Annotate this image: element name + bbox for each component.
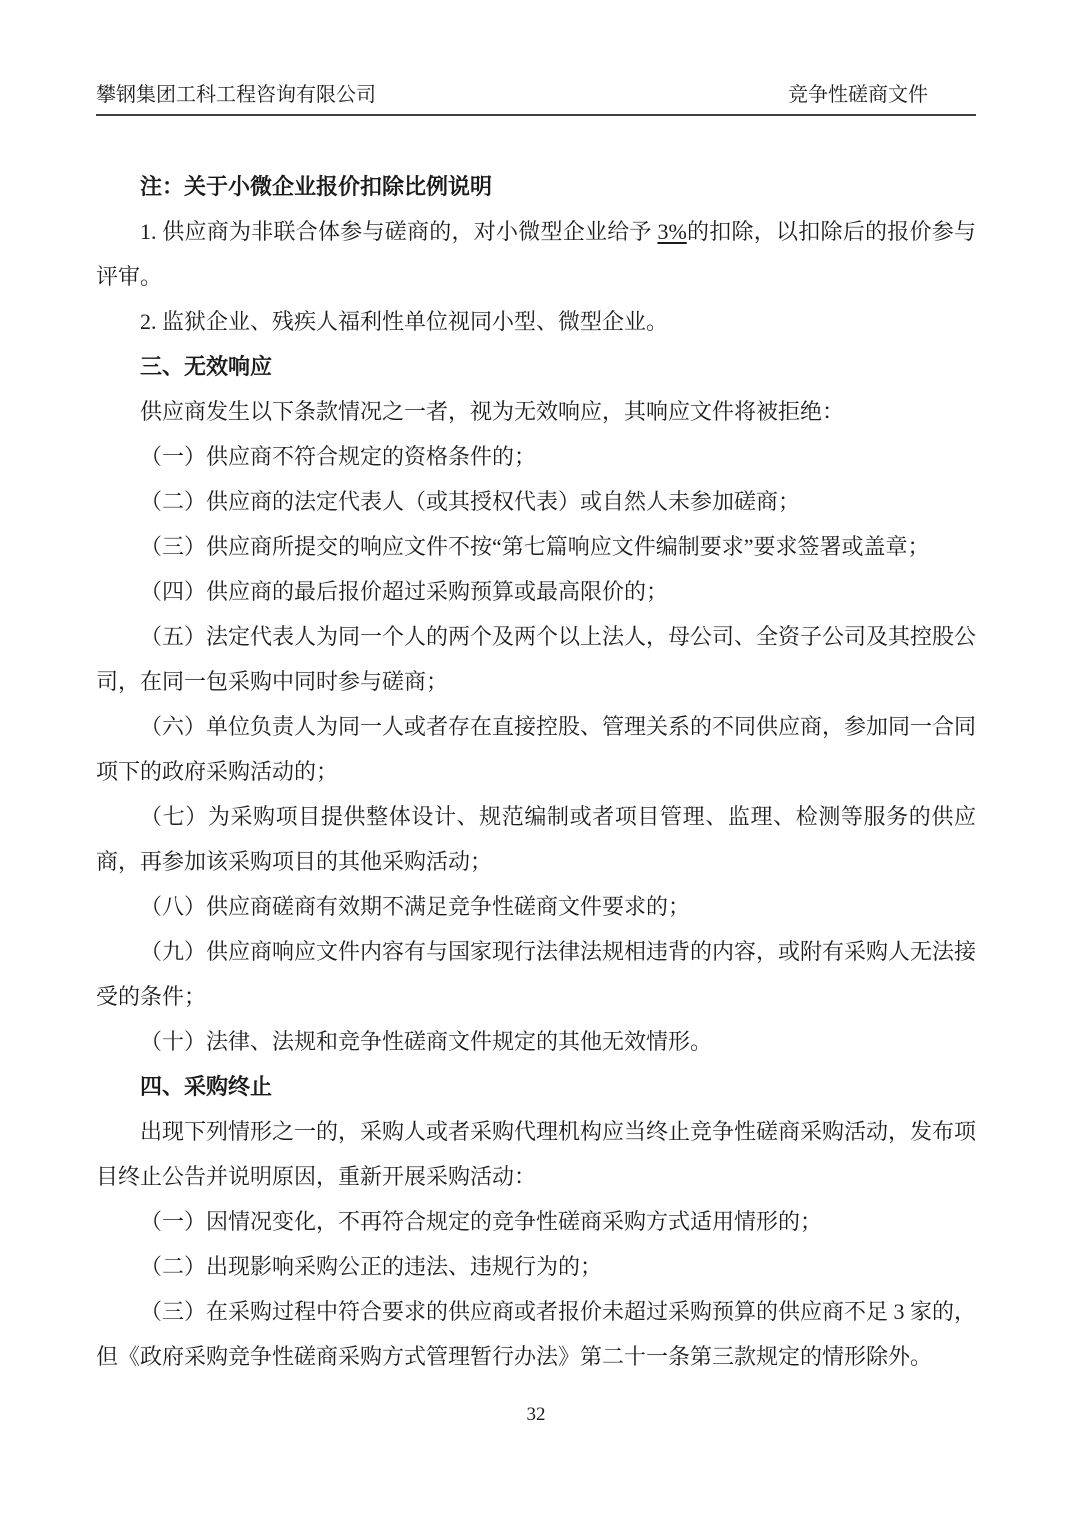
section3-item-1: （一）供应商不符合规定的资格条件的； — [96, 434, 976, 479]
section3-intro: 供应商发生以下条款情况之一者，视为无效响应，其响应文件将被拒绝： — [96, 389, 976, 434]
note-item-1: 1. 供应商为非联合体参与磋商的，对小微型企业给予 3%的扣除，以扣除后的报价参… — [96, 209, 976, 299]
note-item-1-text-before: 1. 供应商为非联合体参与磋商的，对小微型企业给予 — [140, 219, 657, 244]
section3-item-10: （十）法律、法规和竞争性磋商文件规定的其他无效情形。 — [96, 1019, 976, 1064]
document-body: 注：关于小微企业报价扣除比例说明 1. 供应商为非联合体参与磋商的，对小微型企业… — [96, 164, 976, 1379]
section4-item-2: （二）出现影响采购公正的违法、违规行为的； — [96, 1244, 976, 1289]
section3-item-7: （七）为采购项目提供整体设计、规范编制或者项目管理、监理、检测等服务的供应商，再… — [96, 794, 976, 884]
section3-item-3: （三）供应商所提交的响应文件不按“第七篇响应文件编制要求”要求签署或盖章； — [96, 524, 976, 569]
section3-item-8: （八）供应商磋商有效期不满足竞争性磋商文件要求的； — [96, 884, 976, 929]
page-number: 32 — [527, 1404, 546, 1425]
section3-item-9: （九）供应商响应文件内容有与国家现行法律法规相违背的内容，或附有采购人无法接受的… — [96, 929, 976, 1019]
header-doc-type: 竞争性磋商文件 — [788, 82, 976, 108]
section3-heading: 三、无效响应 — [96, 344, 976, 389]
section4-heading: 四、采购终止 — [96, 1064, 976, 1109]
note-item-2: 2. 监狱企业、残疾人福利性单位视同小型、微型企业。 — [96, 299, 976, 344]
section4-item-3: （三）在采购过程中符合要求的供应商或者报价未超过采购预算的供应商不足 3 家的，… — [96, 1289, 976, 1379]
header-company-name: 攀钢集团工科工程咨询有限公司 — [96, 82, 376, 108]
section3-item-2: （二）供应商的法定代表人（或其授权代表）或自然人未参加磋商； — [96, 479, 976, 524]
section4-intro: 出现下列情形之一的，采购人或者采购代理机构应当终止竞争性磋商采购活动，发布项目终… — [96, 1109, 976, 1199]
section3-item-5: （五）法定代表人为同一个人的两个及两个以上法人，母公司、全资子公司及其控股公司，… — [96, 614, 976, 704]
page-header: 攀钢集团工科工程咨询有限公司 竞争性磋商文件 — [96, 82, 976, 116]
section3-item-6: （六）单位负责人为同一人或者存在直接控股、管理关系的不同供应商，参加同一合同项下… — [96, 704, 976, 794]
page-footer: 32 — [96, 1392, 976, 1437]
discount-percentage: 3% — [657, 219, 686, 244]
section4-item-1: （一）因情况变化，不再符合规定的竞争性磋商采购方式适用情形的； — [96, 1199, 976, 1244]
note-heading: 注：关于小微企业报价扣除比例说明 — [96, 164, 976, 209]
document-page: 攀钢集团工科工程咨询有限公司 竞争性磋商文件 注：关于小微企业报价扣除比例说明 … — [0, 0, 1074, 1520]
section3-item-4: （四）供应商的最后报价超过采购预算或最高限价的； — [96, 569, 976, 614]
